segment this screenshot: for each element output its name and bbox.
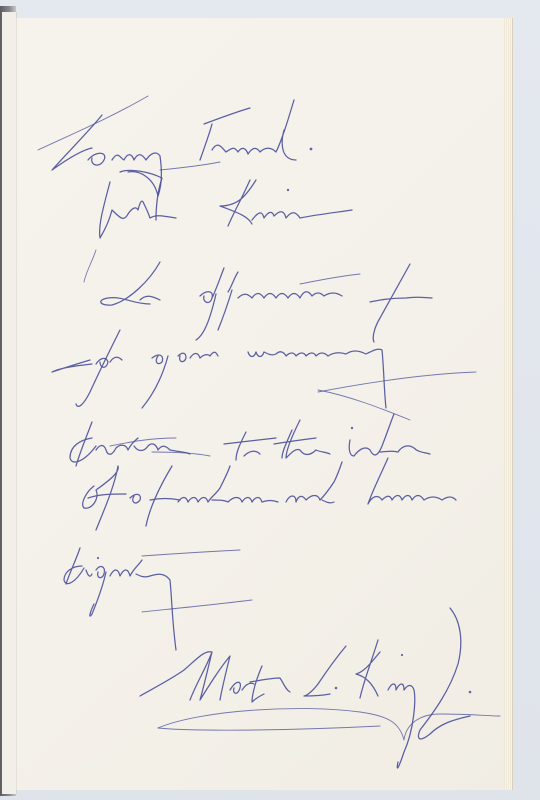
line-for-your-unswerving xyxy=(52,330,476,420)
line-of-freedom-and-human xyxy=(83,458,456,530)
line-devotion-to-the-ideals xyxy=(70,414,430,466)
line-in-appreciation-for xyxy=(101,262,432,342)
line-dignity xyxy=(64,548,252,650)
handwritten-inscription xyxy=(0,0,540,800)
signature-martin-l-king-jr xyxy=(140,608,500,768)
line-to-my-friend xyxy=(38,96,312,196)
line-julius-kiano xyxy=(84,170,352,282)
